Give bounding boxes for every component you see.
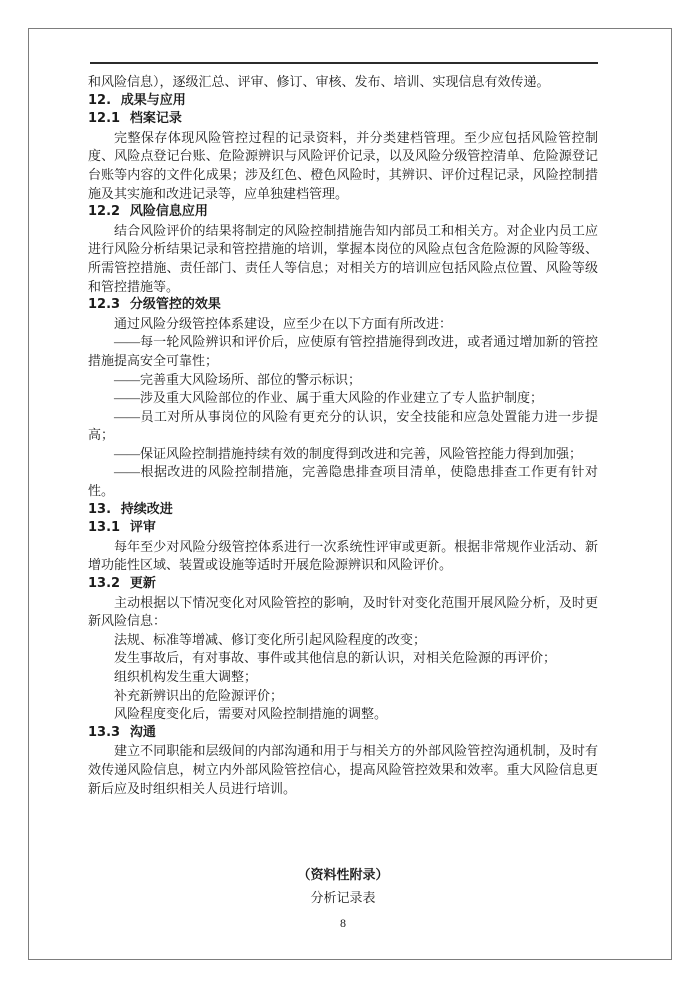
paragraph: 主动根据以下情况变化对风险管控的影响，及时针对变化范围开展风险分析，及时更新风险… [88, 594, 598, 631]
page-number: 8 [88, 915, 598, 931]
section-heading-13.2: 13.2更新 [88, 575, 598, 594]
section-title: 评审 [130, 520, 156, 535]
paragraph: ——涉及重大风险部位的作业、属于重大风险的作业建立了专人监护制度； [88, 389, 598, 408]
section-number: 12.1 [88, 110, 120, 129]
section-heading-12.1: 12.1档案记录 [88, 110, 598, 129]
paragraph: 结合风险评价的结果将制定的风险控制措施告知内部员工和相关方。对企业内员工应进行风… [88, 222, 598, 296]
paragraph: 发生事故后，有对事故、事件或其他信息的新认识，对相关危险源的再评价； [88, 649, 598, 668]
paragraph: 组织机构发生重大调整； [88, 668, 598, 687]
paragraph: 完整保存体现风险管控过程的记录资料，并分类建档管理。至少应包括风险管控制度、风险… [88, 129, 598, 203]
header-rule [90, 62, 598, 64]
paragraph: ——保证风险控制措施持续有效的制度得到改进和完善，风险管控能力得到加强； [88, 445, 598, 464]
section-heading-13.3: 13.3沟通 [88, 724, 598, 743]
section-number: 13.1 [88, 519, 120, 538]
section-title: 更新 [130, 576, 156, 591]
paragraph: 法规、标准等增减、修订变化所引起风险程度的改变； [88, 631, 598, 650]
section-number: 13.3 [88, 724, 120, 743]
document-body: 和风险信息），逐级汇总、评审、修订、审核、发布、培训、实现信息有效传递。12.成… [88, 73, 598, 798]
section-heading-13.1: 13.1评审 [88, 519, 598, 538]
paragraph: 风险程度变化后，需要对风险控制措施的调整。 [88, 705, 598, 724]
paragraph: ——完善重大风险场所、部位的警示标识； [88, 371, 598, 390]
paragraph-continuation: 和风险信息），逐级汇总、评审、修订、审核、发布、培训、实现信息有效传递。 [88, 73, 598, 92]
section-title: 持续改进 [121, 502, 173, 517]
section-number: 12. [88, 92, 111, 111]
paragraph: ——员工对所从事岗位的风险有更充分的认识，安全技能和应急处置能力进一步提高； [88, 408, 598, 445]
section-title: 成果与应用 [121, 93, 186, 108]
section-heading-12.2: 12.2风险信息应用 [88, 203, 598, 222]
section-number: 12.2 [88, 203, 120, 222]
document-page: 和风险信息），逐级汇总、评审、修订、审核、发布、培训、实现信息有效传递。12.成… [0, 0, 700, 990]
paragraph: 每年至少对风险分级管控体系进行一次系统性评审或更新。根据非常规作业活动、新增功能… [88, 538, 598, 575]
section-number: 13. [88, 501, 111, 520]
paragraph: 补充新辨识出的危险源评价； [88, 687, 598, 706]
paragraph: 通过风险分级管控体系建设，应至少在以下方面有所改进： [88, 315, 598, 334]
section-heading-12: 12.成果与应用 [88, 92, 598, 111]
section-title: 风险信息应用 [130, 204, 208, 219]
section-heading-12.3: 12.3分级管控的效果 [88, 296, 598, 315]
section-heading-13: 13.持续改进 [88, 501, 598, 520]
annex-title: 分析记录表 [88, 886, 598, 910]
section-title: 沟通 [130, 725, 156, 740]
paragraph: 建立不同职能和层级间的内部沟通和用于与相关方的外部风险管控沟通机制，及时有效传递… [88, 742, 598, 798]
paragraph: ——根据改进的风险控制措施，完善隐患排查项目清单，使隐患排查工作更有针对性。 [88, 463, 598, 500]
section-title: 分级管控的效果 [130, 297, 221, 312]
section-title: 档案记录 [130, 111, 182, 126]
section-number: 12.3 [88, 296, 120, 315]
annex-title-block: （资料性附录） 分析记录表 [88, 866, 598, 910]
paragraph: ——每一轮风险辨识和评价后，应使原有管控措施得到改进，或者通过增加新的管控措施提… [88, 333, 598, 370]
annex-subtitle: （资料性附录） [88, 866, 598, 886]
section-number: 13.2 [88, 575, 120, 594]
